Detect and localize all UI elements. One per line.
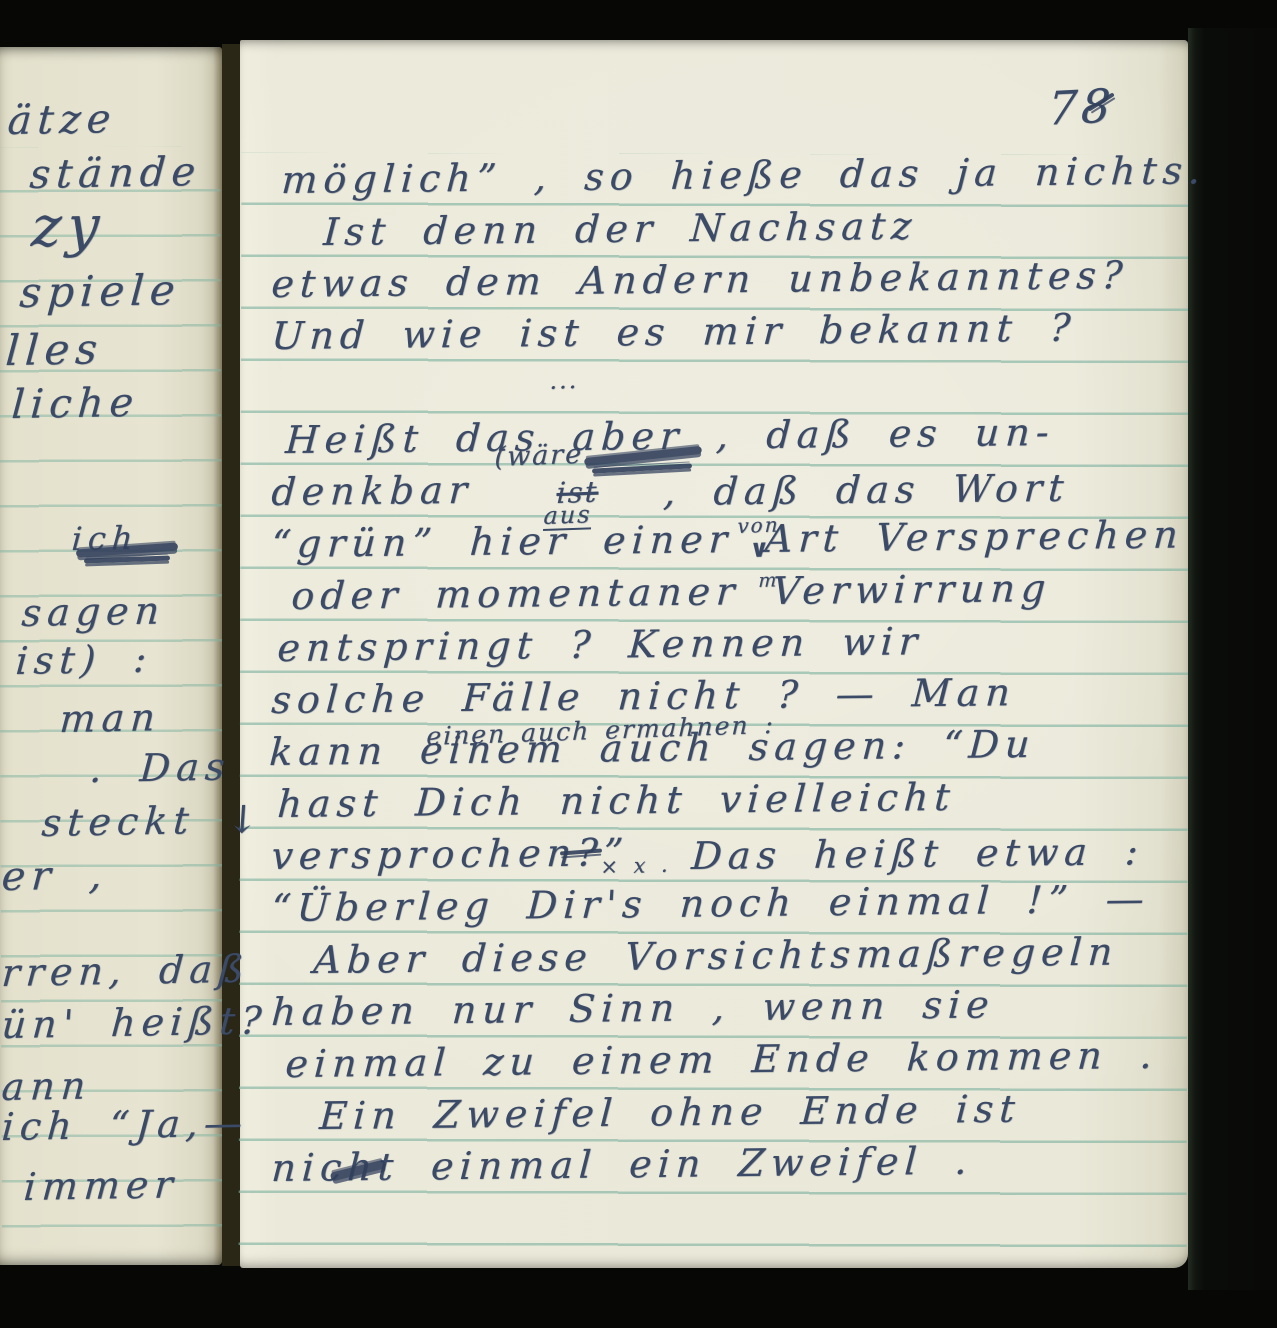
- left-page-fragment: ist) :: [14, 634, 154, 686]
- page-number: 78: [1047, 82, 1116, 132]
- left-page-fragment: rren, daß: [0, 944, 251, 998]
- left-page-fragment: zy: [30, 202, 107, 253]
- left-page-fragment: immer: [22, 1159, 180, 1212]
- left-page-fragment: spiele: [18, 265, 182, 318]
- manuscript-line: Aber diese Vorsichtsmaßregeln: [312, 927, 1120, 985]
- manuscript-line: Ist denn der Nachsatz: [322, 201, 919, 257]
- interlinear-annotation: ···: [549, 375, 579, 401]
- manuscript-line: hast Dich nicht vielleicht: [276, 772, 957, 829]
- left-page-fragment: man: [58, 692, 163, 744]
- handwriting-layer: 78 möglich” , so hieße das ja nichts.Ist…: [0, 0, 1277, 1328]
- manuscript-line: etwas dem Andern unbekanntes?: [270, 250, 1130, 309]
- manuscript-line: möglich” , so hieße das ja nichts.: [280, 145, 1208, 205]
- manuscript-line: haben nur Sinn , wenn sie: [270, 979, 996, 1037]
- left-page-fragment: lles: [4, 324, 105, 376]
- manuscript-line: Und wie ist es mir bekannt ?: [270, 303, 1078, 361]
- interlinear-annotation: (wäre: [494, 441, 584, 472]
- interlinear-annotation: × x .: [600, 854, 670, 879]
- left-page-fragment: . Das: [88, 741, 232, 794]
- left-page-fragment: er ,: [0, 850, 110, 902]
- notebook-photo: 78 möglich” , so hieße das ja nichts.Ist…: [0, 0, 1277, 1328]
- interlinear-annotation: ∨: [749, 535, 769, 561]
- manuscript-line: “Überleg Dir's noch einmal !” —: [270, 874, 1151, 933]
- manuscript-line: denkbar: [270, 465, 474, 517]
- left-page-fragment: stände: [28, 147, 203, 200]
- left-page-fragment: ich “Ja,—: [0, 1098, 250, 1152]
- left-page-fragment: steckt ↓: [40, 794, 266, 848]
- manuscript-line: , daß das Wort: [662, 463, 1071, 517]
- manuscript-line: entspringt ? Kennen wir: [276, 616, 925, 673]
- manuscript-line: Ein Zweifel ohne Ende ist: [318, 1084, 1022, 1141]
- left-page-fragment: ätze: [6, 94, 118, 146]
- manuscript-line: “grün” hier einer Art Versprechen: [270, 509, 1185, 569]
- manuscript-line: einmal zu einem Ende kommen .: [284, 1030, 1159, 1089]
- interlinear-annotation: m: [758, 571, 779, 592]
- manuscript-line: oder momentaner Verwirrung: [290, 563, 1053, 621]
- left-page-fragment: sagen: [20, 585, 167, 638]
- manuscript-line: Das heißt etwa :: [690, 826, 1145, 881]
- interlinear-annotation: aus: [543, 502, 592, 531]
- left-page-fragment: ün' heißt?: [0, 995, 269, 1050]
- left-page-fragment: liche: [10, 378, 141, 430]
